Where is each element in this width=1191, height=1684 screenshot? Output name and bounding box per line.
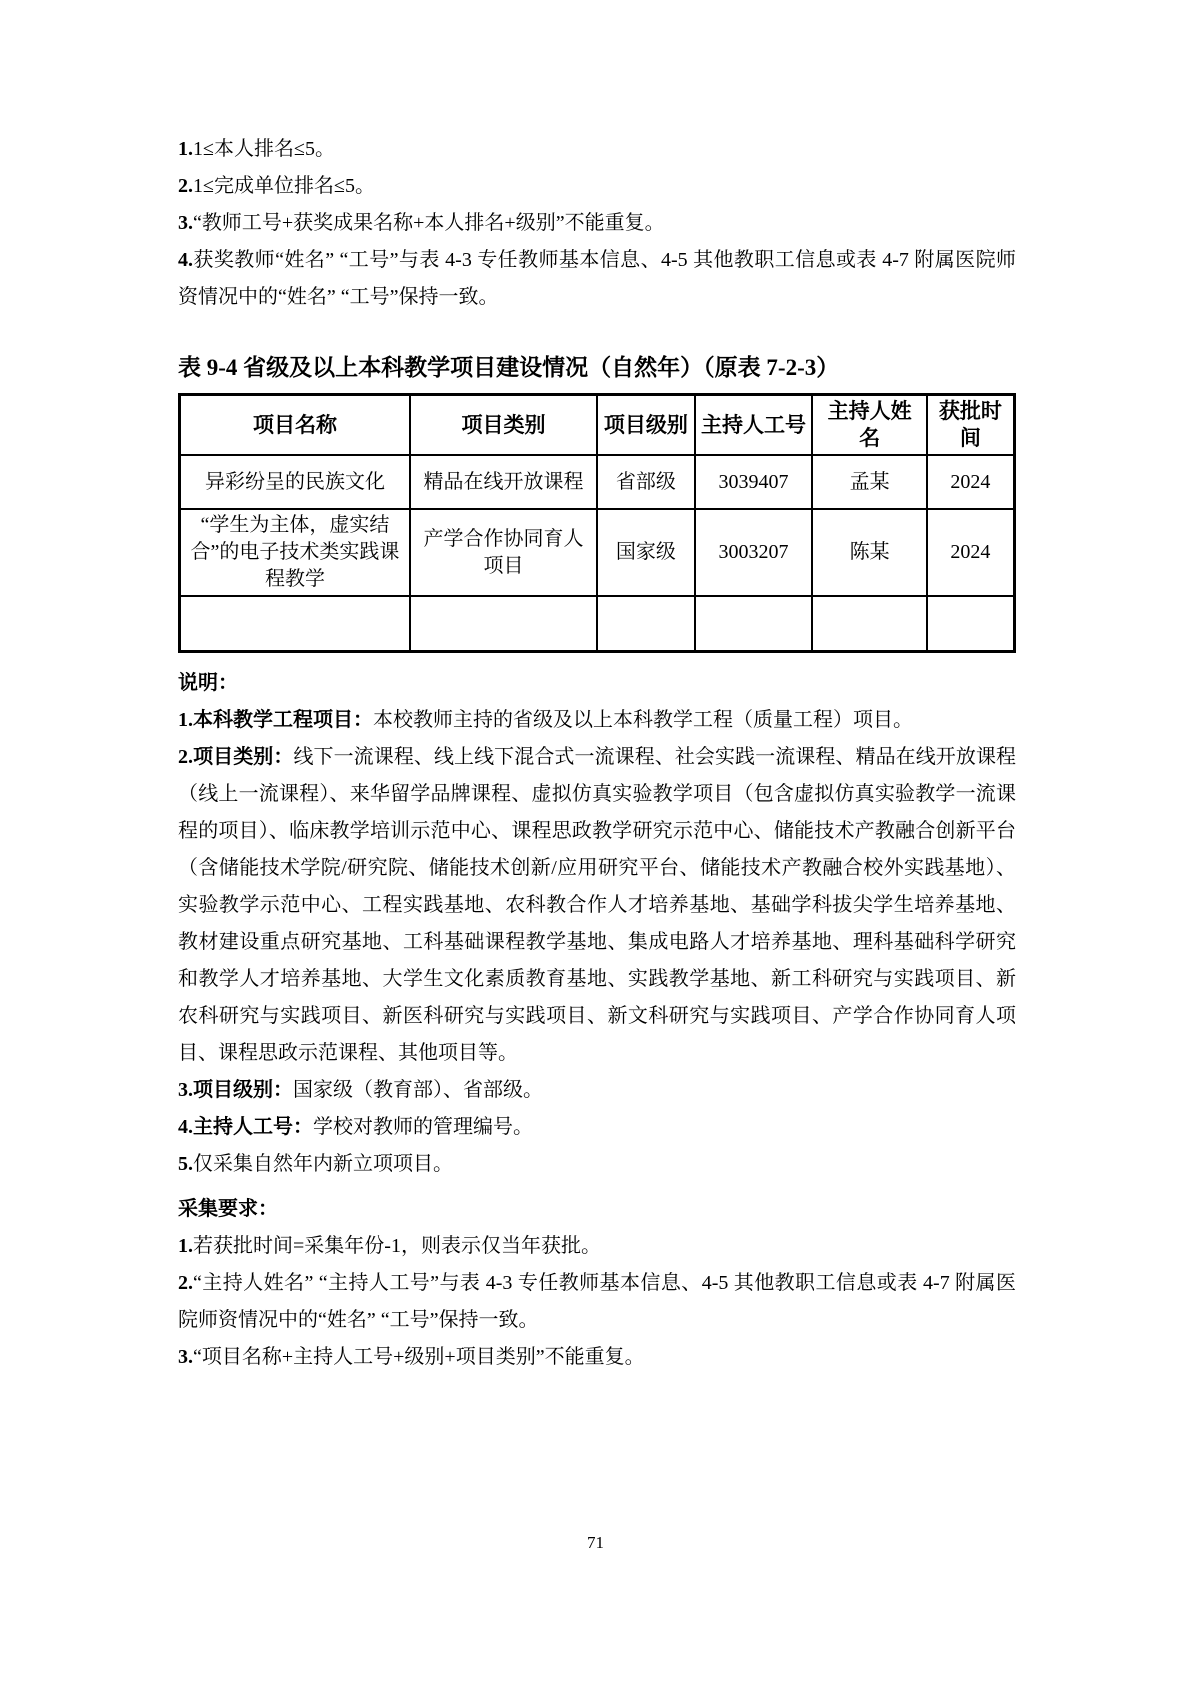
table-cell-project-category: 产学合作协同育人项目 [410, 509, 597, 596]
projects-table: 项目名称 项目类别 项目级别 主持人工号 主持人姓名 获批时间 异彩纷呈的民族文… [178, 393, 1016, 653]
item-number: 1. [178, 138, 193, 160]
table-cell-leader-id: 3039407 [695, 455, 813, 509]
intro-note-item: 2.1≤完成单位排名≤5。 [178, 168, 1016, 205]
table-title: 表 9-4 省级及以上本科教学项目建设情况（自然年）（原表 7-2-3） [178, 353, 1016, 383]
requirement-item: 3.“项目名称+主持人工号+级别+项目类别”不能重复。 [178, 1339, 1016, 1376]
table-cell-leader-name: 陈某 [812, 509, 926, 596]
item-text: 国家级（教育部）、省部级。 [293, 1079, 543, 1101]
item-text: 本校教师主持的省级及以上本科教学工程（质量工程）项目。 [373, 709, 913, 731]
table-cell-approval-time: 2024 [927, 509, 1015, 596]
item-number: 3. [178, 212, 193, 234]
item-text: 仅采集自然年内新立项项目。 [193, 1153, 453, 1175]
item-number: 5. [178, 1153, 193, 1175]
item-number: 2. [178, 746, 193, 768]
table-cell-approval-time: 2024 [927, 455, 1015, 509]
item-number: 3. [178, 1346, 193, 1368]
table-cell-project-name: 异彩纷呈的民族文化 [180, 455, 410, 509]
column-header-leader-id: 主持人工号 [695, 395, 813, 456]
note-item: 1.本科教学工程项目：本校教师主持的省级及以上本科教学工程（质量工程）项目。 [178, 702, 1016, 739]
item-text: 获奖教师“姓名” “工号”与表 4-3 专任教师基本信息、4-5 其他教职工信息… [178, 249, 1016, 308]
requirement-item: 2.“主持人姓名” “主持人工号”与表 4-3 专任教师基本信息、4-5 其他教… [178, 1265, 1016, 1339]
item-label: 项目类别： [193, 746, 293, 768]
item-text: “项目名称+主持人工号+级别+项目类别”不能重复。 [193, 1346, 645, 1368]
item-label: 本科教学工程项目： [193, 709, 373, 731]
table-row: 异彩纷呈的民族文化 精品在线开放课程 省部级 3039407 孟某 2024 [180, 455, 1015, 509]
item-number: 1. [178, 1235, 193, 1257]
item-number: 4. [178, 249, 193, 271]
item-text: 1≤本人排名≤5。 [193, 138, 335, 160]
intro-note-item: 4.获奖教师“姓名” “工号”与表 4-3 专任教师基本信息、4-5 其他教职工… [178, 242, 1016, 316]
table-cell-project-category [410, 596, 597, 651]
page-content: 1.1≤本人排名≤5。 2.1≤完成单位排名≤5。 3.“教师工号+获奖成果名称… [178, 131, 1016, 1376]
requirements-heading: 采集要求： [178, 1191, 1016, 1228]
note-item: 5.仅采集自然年内新立项项目。 [178, 1146, 1016, 1183]
page-number: 71 [0, 1531, 1191, 1555]
table-cell-project-level: 国家级 [597, 509, 695, 596]
intro-note-item: 1.1≤本人排名≤5。 [178, 131, 1016, 168]
table-cell-project-name [180, 596, 410, 651]
item-number: 2. [178, 175, 193, 197]
item-number: 4. [178, 1116, 193, 1138]
item-text: 1≤完成单位排名≤5。 [193, 175, 375, 197]
table-cell-project-level: 省部级 [597, 455, 695, 509]
document-page: 1.1≤本人排名≤5。 2.1≤完成单位排名≤5。 3.“教师工号+获奖成果名称… [0, 0, 1191, 1684]
table-cell-leader-id: 3003207 [695, 509, 813, 596]
item-text: “主持人姓名” “主持人工号”与表 4-3 专任教师基本信息、4-5 其他教职工… [178, 1272, 1016, 1331]
table-cell-leader-id [695, 596, 813, 651]
table-cell-approval-time [927, 596, 1015, 651]
item-label: 主持人工号： [193, 1116, 313, 1138]
requirement-item: 1.若获批时间=采集年份-1，则表示仅当年获批。 [178, 1228, 1016, 1265]
notes-heading: 说明： [178, 665, 1016, 702]
table-cell-leader-name: 孟某 [812, 455, 926, 509]
item-number: 1. [178, 709, 193, 731]
item-text: 线下一流课程、线上线下混合式一流课程、社会实践一流课程、精品在线开放课程（线上一… [178, 746, 1016, 1064]
column-header-project-name: 项目名称 [180, 395, 410, 456]
item-text: “教师工号+获奖成果名称+本人排名+级别”不能重复。 [193, 212, 665, 234]
note-item: 3.项目级别：国家级（教育部）、省部级。 [178, 1072, 1016, 1109]
column-header-project-category: 项目类别 [410, 395, 597, 456]
notes-section: 说明： 1.本科教学工程项目：本校教师主持的省级及以上本科教学工程（质量工程）项… [178, 665, 1016, 1183]
column-header-approval-time: 获批时间 [927, 395, 1015, 456]
item-label: 项目级别： [193, 1079, 293, 1101]
column-header-leader-name: 主持人姓名 [812, 395, 926, 456]
table-row: “学生为主体，虚实结合”的电子技术类实践课程教学 产学合作协同育人项目 国家级 … [180, 509, 1015, 596]
note-item: 2.项目类别：线下一流课程、线上线下混合式一流课程、社会实践一流课程、精品在线开… [178, 739, 1016, 1072]
item-number: 2. [178, 1272, 193, 1294]
table-row-empty [180, 596, 1015, 651]
table-cell-leader-name [812, 596, 926, 651]
requirements-section: 采集要求： 1.若获批时间=采集年份-1，则表示仅当年获批。 2.“主持人姓名”… [178, 1191, 1016, 1376]
item-text: 学校对教师的管理编号。 [313, 1116, 533, 1138]
intro-notes: 1.1≤本人排名≤5。 2.1≤完成单位排名≤5。 3.“教师工号+获奖成果名称… [178, 131, 1016, 316]
intro-note-item: 3.“教师工号+获奖成果名称+本人排名+级别”不能重复。 [178, 205, 1016, 242]
column-header-project-level: 项目级别 [597, 395, 695, 456]
table-header-row: 项目名称 项目类别 项目级别 主持人工号 主持人姓名 获批时间 [180, 395, 1015, 456]
note-item: 4.主持人工号：学校对教师的管理编号。 [178, 1109, 1016, 1146]
item-text: 若获批时间=采集年份-1，则表示仅当年获批。 [193, 1235, 601, 1257]
table-cell-project-name: “学生为主体，虚实结合”的电子技术类实践课程教学 [180, 509, 410, 596]
item-number: 3. [178, 1079, 193, 1101]
table-cell-project-level [597, 596, 695, 651]
table-cell-project-category: 精品在线开放课程 [410, 455, 597, 509]
